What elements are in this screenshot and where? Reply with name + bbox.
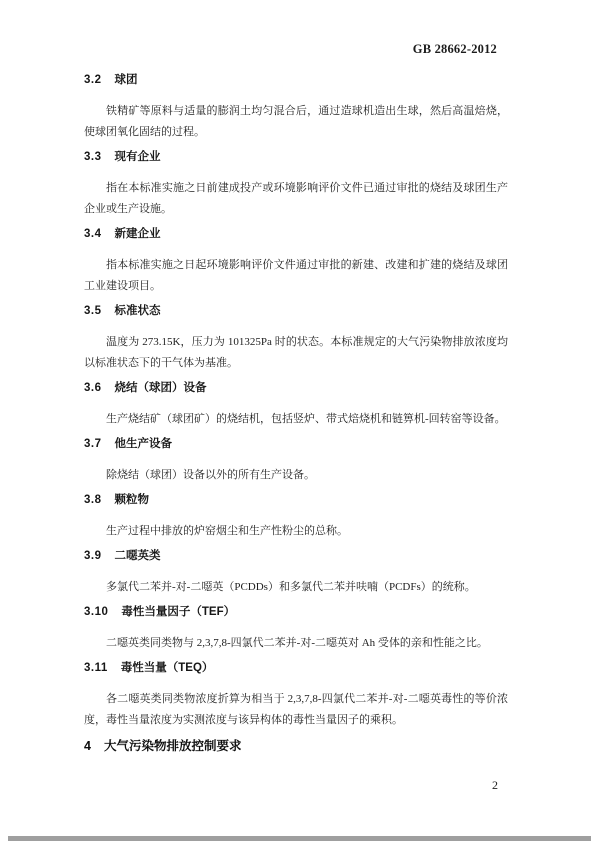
section-paragraph: 生产烧结矿（球团矿）的烧结机，包括竖炉、带式焙烧机和链箅机-回转窑等设备。	[84, 409, 508, 430]
section-heading: 3.9二噁英类	[84, 549, 508, 563]
page-bottom-shadow	[8, 836, 591, 841]
section-heading: 3.2球团	[84, 73, 508, 87]
section-title: 毒性当量因子（TEF）	[121, 606, 235, 618]
section-heading: 3.5标准状态	[84, 304, 508, 318]
section-title: 毒性当量（TEQ）	[121, 662, 214, 674]
section-heading: 3.4新建企业	[84, 227, 508, 241]
section-paragraph: 多氯代二苯并-对-二噁英（PCDDs）和多氯代二苯并呋喃（PCDFs）的统称。	[84, 577, 508, 598]
section-number: 3.7	[84, 437, 102, 451]
section-number: 3.4	[84, 227, 102, 241]
section-3-2: 3.2球团 铁精矿等原料与适量的膨润土均匀混合后，通过造球机造出生球，然后高温焙…	[84, 73, 508, 143]
section-title: 二噁英类	[115, 550, 161, 562]
document-body: 3.2球团 铁精矿等原料与适量的膨润土均匀混合后，通过造球机造出生球，然后高温焙…	[84, 73, 508, 754]
section-number: 3.8	[84, 493, 102, 507]
section-3-6: 3.6烧结（球团）设备 生产烧结矿（球团矿）的烧结机，包括竖炉、带式焙烧机和链箅…	[84, 381, 508, 430]
section-paragraph: 生产过程中排放的炉窑烟尘和生产性粉尘的总称。	[84, 521, 508, 542]
section-number: 3.6	[84, 381, 102, 395]
section-title: 标准状态	[115, 305, 161, 317]
section-paragraph: 除烧结（球团）设备以外的所有生产设备。	[84, 465, 508, 486]
section-title: 新建企业	[115, 228, 161, 240]
section-3-3: 3.3现有企业 指在本标准实施之日前建成投产或环境影响评价文件已通过审批的烧结及…	[84, 150, 508, 220]
section-3-11: 3.11毒性当量（TEQ） 各二噁英类同类物浓度折算为相当于 2,3,7,8-四…	[84, 661, 508, 731]
section-paragraph: 指本标准实施之日起环境影响评价文件通过审批的新建、改建和扩建的烧结及球团工业建设…	[84, 255, 508, 297]
section-paragraph: 各二噁英类同类物浓度折算为相当于 2,3,7,8-四氯代二苯并-对-二噁英毒性的…	[84, 689, 508, 731]
page-number: 2	[492, 778, 498, 793]
section-title: 球团	[115, 74, 138, 86]
chapter-title: 大气污染物排放控制要求	[104, 739, 242, 753]
section-heading: 3.6烧结（球团）设备	[84, 381, 508, 395]
section-number: 3.5	[84, 304, 102, 318]
section-heading: 3.7他生产设备	[84, 437, 508, 451]
section-number: 3.3	[84, 150, 102, 164]
section-heading: 3.10毒性当量因子（TEF）	[84, 605, 508, 619]
section-heading: 3.3现有企业	[84, 150, 508, 164]
section-title: 颗粒物	[115, 494, 150, 506]
section-number: 3.10	[84, 605, 108, 619]
section-paragraph: 温度为 273.15K，压力为 101325Pa 时的状态。本标准规定的大气污染…	[84, 332, 508, 374]
section-heading: 3.11毒性当量（TEQ）	[84, 661, 508, 675]
section-title: 他生产设备	[115, 438, 173, 450]
section-paragraph: 二噁英类同类物与 2,3,7,8-四氯代二苯并-对-二噁英对 Ah 受体的亲和性…	[84, 633, 508, 654]
chapter-number: 4	[84, 739, 91, 754]
section-3-10: 3.10毒性当量因子（TEF） 二噁英类同类物与 2,3,7,8-四氯代二苯并-…	[84, 605, 508, 654]
section-title: 烧结（球团）设备	[115, 382, 207, 394]
section-paragraph: 铁精矿等原料与适量的膨润土均匀混合后，通过造球机造出生球，然后高温焙烧，使球团氧…	[84, 101, 508, 143]
standard-number-header: GB 28662-2012	[413, 42, 497, 57]
section-number: 3.11	[84, 661, 108, 675]
section-3-7: 3.7他生产设备 除烧结（球团）设备以外的所有生产设备。	[84, 437, 508, 486]
section-3-8: 3.8颗粒物 生产过程中排放的炉窑烟尘和生产性粉尘的总称。	[84, 493, 508, 542]
section-3-9: 3.9二噁英类 多氯代二苯并-对-二噁英（PCDDs）和多氯代二苯并呋喃（PCD…	[84, 549, 508, 598]
section-paragraph: 指在本标准实施之日前建成投产或环境影响评价文件已通过审批的烧结及球团生产企业或生…	[84, 178, 508, 220]
section-number: 3.2	[84, 73, 102, 87]
section-3-4: 3.4新建企业 指本标准实施之日起环境影响评价文件通过审批的新建、改建和扩建的烧…	[84, 227, 508, 297]
section-heading: 3.8颗粒物	[84, 493, 508, 507]
section-3-5: 3.5标准状态 温度为 273.15K，压力为 101325Pa 时的状态。本标…	[84, 304, 508, 374]
section-number: 3.9	[84, 549, 102, 563]
section-title: 现有企业	[115, 151, 161, 163]
chapter-heading: 4大气污染物排放控制要求	[84, 739, 508, 754]
